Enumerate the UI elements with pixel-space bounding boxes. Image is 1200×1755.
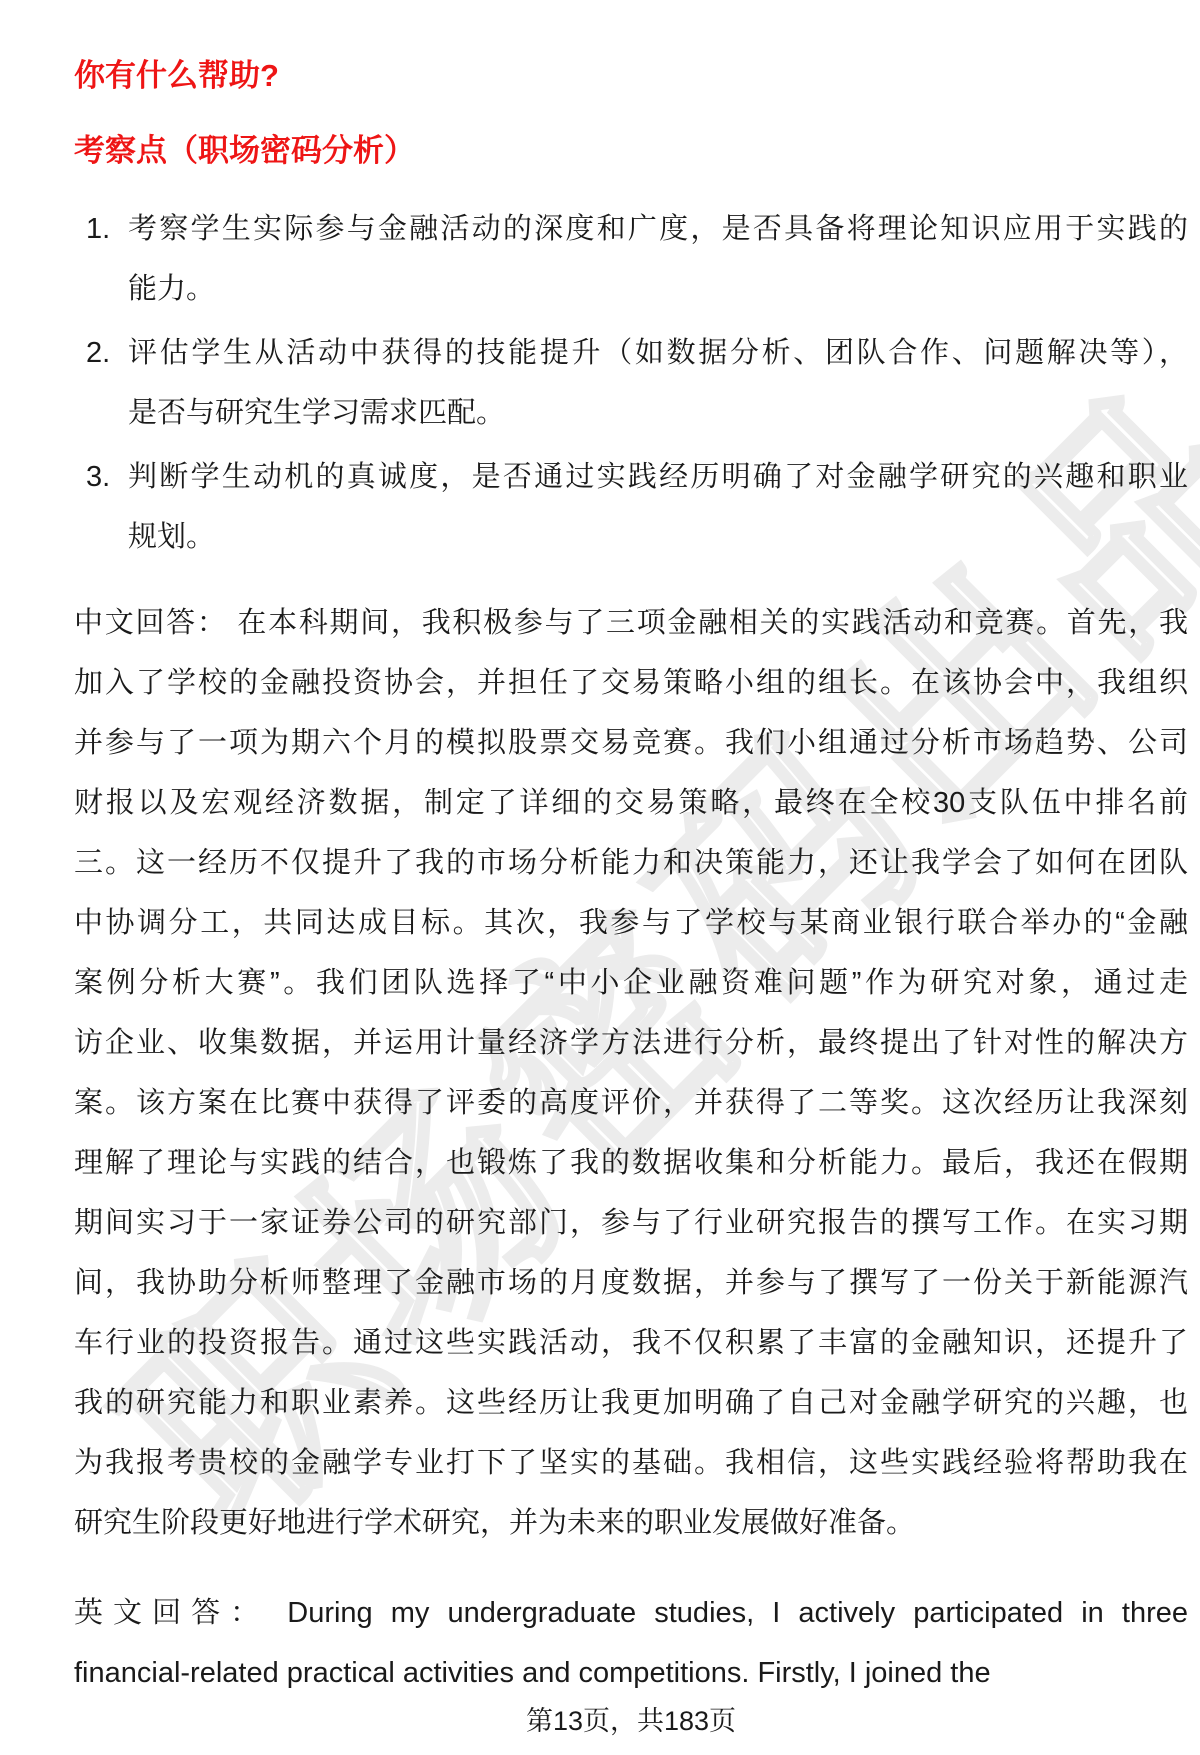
document-page: 职场密码出品 你有什么帮助? 考察点（职场密码分析） 1.考察学生实际参与金融活… [0,0,1200,1755]
text-line: 是否与研究生学习需求匹配。 [128,383,1188,443]
text-line: 英文回答： During my undergraduate studies, I… [74,1583,1188,1643]
heading-help-question: 你有什么帮助? [74,58,1188,94]
page-content: 你有什么帮助? 考察点（职场密码分析） 1.考察学生实际参与金融活动的深度和广度… [0,0,1200,1739]
text-line: 为我报考贵校的金融学专业打下了坚实的基础。我相信，这些实践经验将帮助我在 [74,1433,1188,1493]
list-item-number: 1. [74,199,128,319]
text-line: 中协调分工，共同达成目标。其次，我参与了学校与某商业银行联合举办的“金融 [74,893,1188,953]
text-line: 财报以及宏观经济数据，制定了详细的交易策略，最终在全校30支队伍中排名前 [74,773,1188,833]
text-line: 并参与了一项为期六个月的模拟股票交易竞赛。我们小组通过分析市场趋势、公司 [74,713,1188,773]
text-line: 中文回答： 在本科期间，我积极参与了三项金融相关的实践活动和竞赛。首先，我 [74,593,1188,653]
exam-points-list: 1.考察学生实际参与金融活动的深度和广度，是否具备将理论知识应用于实践的能力。2… [74,199,1188,567]
text-line: financial-related practical activities a… [74,1643,1188,1703]
text-line: 案。该方案在比赛中获得了评委的高度评价，并获得了二等奖。这次经历让我深刻 [74,1073,1188,1133]
exam-point-item: 3.判断学生动机的真诚度，是否通过实践经历明确了对金融学研究的兴趣和职业规划。 [74,447,1188,567]
text-line: 案例分析大赛”。我们团队选择了“中小企业融资难问题”作为研究对象，通过走 [74,953,1188,1013]
text-line: 期间实习于一家证券公司的研究部门，参与了行业研究报告的撰写工作。在实习期 [74,1193,1188,1253]
text-line: 加入了学校的金融投资协会，并担任了交易策略小组的组长。在该协会中，我组织 [74,653,1188,713]
exam-point-item: 2.评估学生从活动中获得的技能提升（如数据分析、团队合作、问题解决等），是否与研… [74,323,1188,443]
list-item-number: 2. [74,323,128,443]
list-item-text: 考察学生实际参与金融活动的深度和广度，是否具备将理论知识应用于实践的能力。 [128,199,1188,319]
text-line: 理解了理论与实践的结合，也锻炼了我的数据收集和分析能力。最后，我还在假期 [74,1133,1188,1193]
heading-exam-section: 考察点（职场密码分析） [74,133,1188,169]
list-item-text: 评估学生从活动中获得的技能提升（如数据分析、团队合作、问题解决等），是否与研究生… [128,323,1188,443]
text-line: 规划。 [128,507,1188,567]
text-line: 判断学生动机的真诚度，是否通过实践经历明确了对金融学研究的兴趣和职业 [128,447,1188,507]
text-line: 考察学生实际参与金融活动的深度和广度，是否具备将理论知识应用于实践的 [128,199,1188,259]
text-line: 我的研究能力和职业素养。这些经历让我更加明确了自己对金融学研究的兴趣，也 [74,1373,1188,1433]
text-line: 间，我协助分析师整理了金融市场的月度数据，并参与了撰写了一份关于新能源汽 [74,1253,1188,1313]
chinese-answer-paragraph: 中文回答： 在本科期间，我积极参与了三项金融相关的实践活动和竞赛。首先，我加入了… [74,593,1188,1553]
exam-point-item: 1.考察学生实际参与金融活动的深度和广度，是否具备将理论知识应用于实践的能力。 [74,199,1188,319]
text-line: 评估学生从活动中获得的技能提升（如数据分析、团队合作、问题解决等）， [128,323,1188,383]
text-line: 访企业、收集数据，并运用计量经济学方法进行分析，最终提出了针对性的解决方 [74,1013,1188,1073]
text-line: 车行业的投资报告。通过这些实践活动，我不仅积累了丰富的金融知识，还提升了 [74,1313,1188,1373]
english-answer-paragraph: 英文回答： During my undergraduate studies, I… [74,1583,1188,1703]
list-item-text: 判断学生动机的真诚度，是否通过实践经历明确了对金融学研究的兴趣和职业规划。 [128,447,1188,567]
text-line: 能力。 [128,259,1188,319]
text-line: 研究生阶段更好地进行学术研究，并为未来的职业发展做好准备。 [74,1493,1188,1553]
text-line: 三。这一经历不仅提升了我的市场分析能力和决策能力，还让我学会了如何在团队 [74,833,1188,893]
page-number: 第13页，共183页 [74,1703,1188,1739]
list-item-number: 3. [74,447,128,567]
